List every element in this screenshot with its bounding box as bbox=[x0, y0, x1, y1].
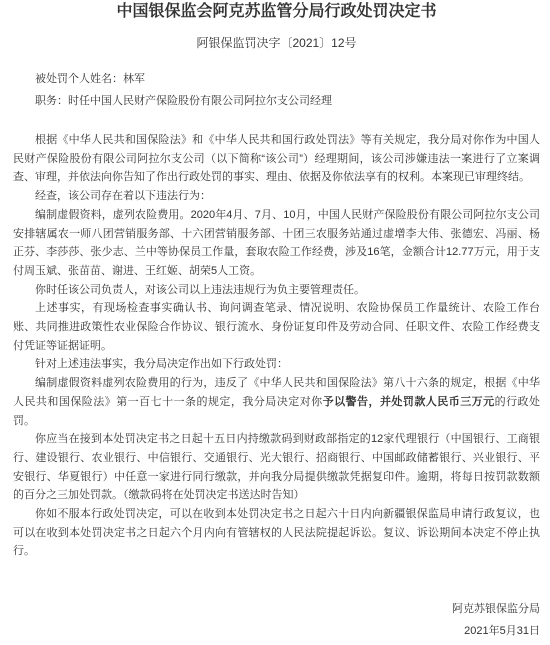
paragraph: 经查，该公司存在着以下违法行为： bbox=[13, 187, 540, 206]
penalty-decision-bold-text: 予以警告，并处罚款人民币三万元 bbox=[323, 396, 495, 408]
paragraph-text: 你时任该公司负责人，对该公司以上违法违规行为负主要管理责任。 bbox=[35, 284, 365, 296]
penalized-person-line: 被处罚个人姓名：林军 bbox=[13, 68, 540, 90]
signature-date: 2021年5月31日 bbox=[13, 620, 540, 642]
paragraph-text: 根据《中华人民共和国保险法》和《中华人民共和国行政处罚法》等有关规定，我分局对你… bbox=[13, 134, 540, 183]
paragraph-text: 针对上述违法事实，我分局决定作出如下行政处罚： bbox=[35, 358, 288, 370]
recipient-info: 被处罚个人姓名：林军 职务：时任中国人民财产保险股份有限公司阿拉尔支公司经理 bbox=[13, 68, 540, 112]
signature-org: 阿克苏银保监分局 bbox=[13, 598, 540, 620]
signature-block: 阿克苏银保监分局 2021年5月31日 bbox=[13, 598, 540, 642]
document-title: 中国银保监会阿克苏监管分局行政处罚决定书 bbox=[13, 3, 540, 21]
paragraph: 你时任该公司负责人，对该公司以上违法违规行为负主要管理责任。 bbox=[13, 281, 540, 300]
paragraph-text: 上述事实，有现场检查事实确认书、询问调查笔录、情况说明、农险协保员工作量统计、农… bbox=[13, 302, 540, 351]
paragraph-text: 编制虚假资料，虚列农险费用。2020年4月、7月、10月，中国人民财产保险股份有… bbox=[13, 209, 540, 277]
paragraph: 你应当在接到本处罚决定书之日起十五日内持缴款码到财政部指定的12家代理银行（中国… bbox=[13, 430, 540, 505]
penalty-decision-document: 中国银保监会阿克苏监管分局行政处罚决定书 阿银保监罚决字〔2021〕12号 被处… bbox=[0, 0, 550, 645]
paragraph: 你如不服本行政处罚决定，可以在收到本处罚决定书之日起六十日内向新疆银保监局申请行… bbox=[13, 505, 540, 561]
paragraph: 根据《中华人民共和国保险法》和《中华人民共和国行政处罚法》等有关规定，我分局对你… bbox=[13, 131, 540, 187]
paragraph-text: 你应当在接到本处罚决定书之日起十五日内持缴款码到财政部指定的12家代理银行（中国… bbox=[13, 433, 540, 501]
position-line: 职务：时任中国人民财产保险股份有限公司阿拉尔支公司经理 bbox=[13, 90, 540, 112]
document-body: 根据《中华人民共和国保险法》和《中华人民共和国行政处罚法》等有关规定，我分局对你… bbox=[13, 131, 540, 561]
paragraph: 编制虚假资料，虚列农险费用。2020年4月、7月、10月，中国人民财产保险股份有… bbox=[13, 206, 540, 281]
paragraph-text: 经查，该公司存在着以下违法行为： bbox=[35, 190, 211, 202]
paragraph: 编制虚假资料虚列农险费用的行为，违反了《中华人民共和国保险法》第八十六条的规定，… bbox=[13, 374, 540, 430]
paragraph: 上述事实，有现场检查事实确认书、询问调查笔录、情况说明、农险协保员工作量统计、农… bbox=[13, 299, 540, 355]
paragraph-text: 你如不服本行政处罚决定，可以在收到本处罚决定书之日起六十日内向新疆银保监局申请行… bbox=[13, 508, 540, 557]
doc-number: 阿银保监罚决字〔2021〕12号 bbox=[13, 35, 540, 51]
paragraph: 针对上述违法事实，我分局决定作出如下行政处罚： bbox=[13, 355, 540, 374]
